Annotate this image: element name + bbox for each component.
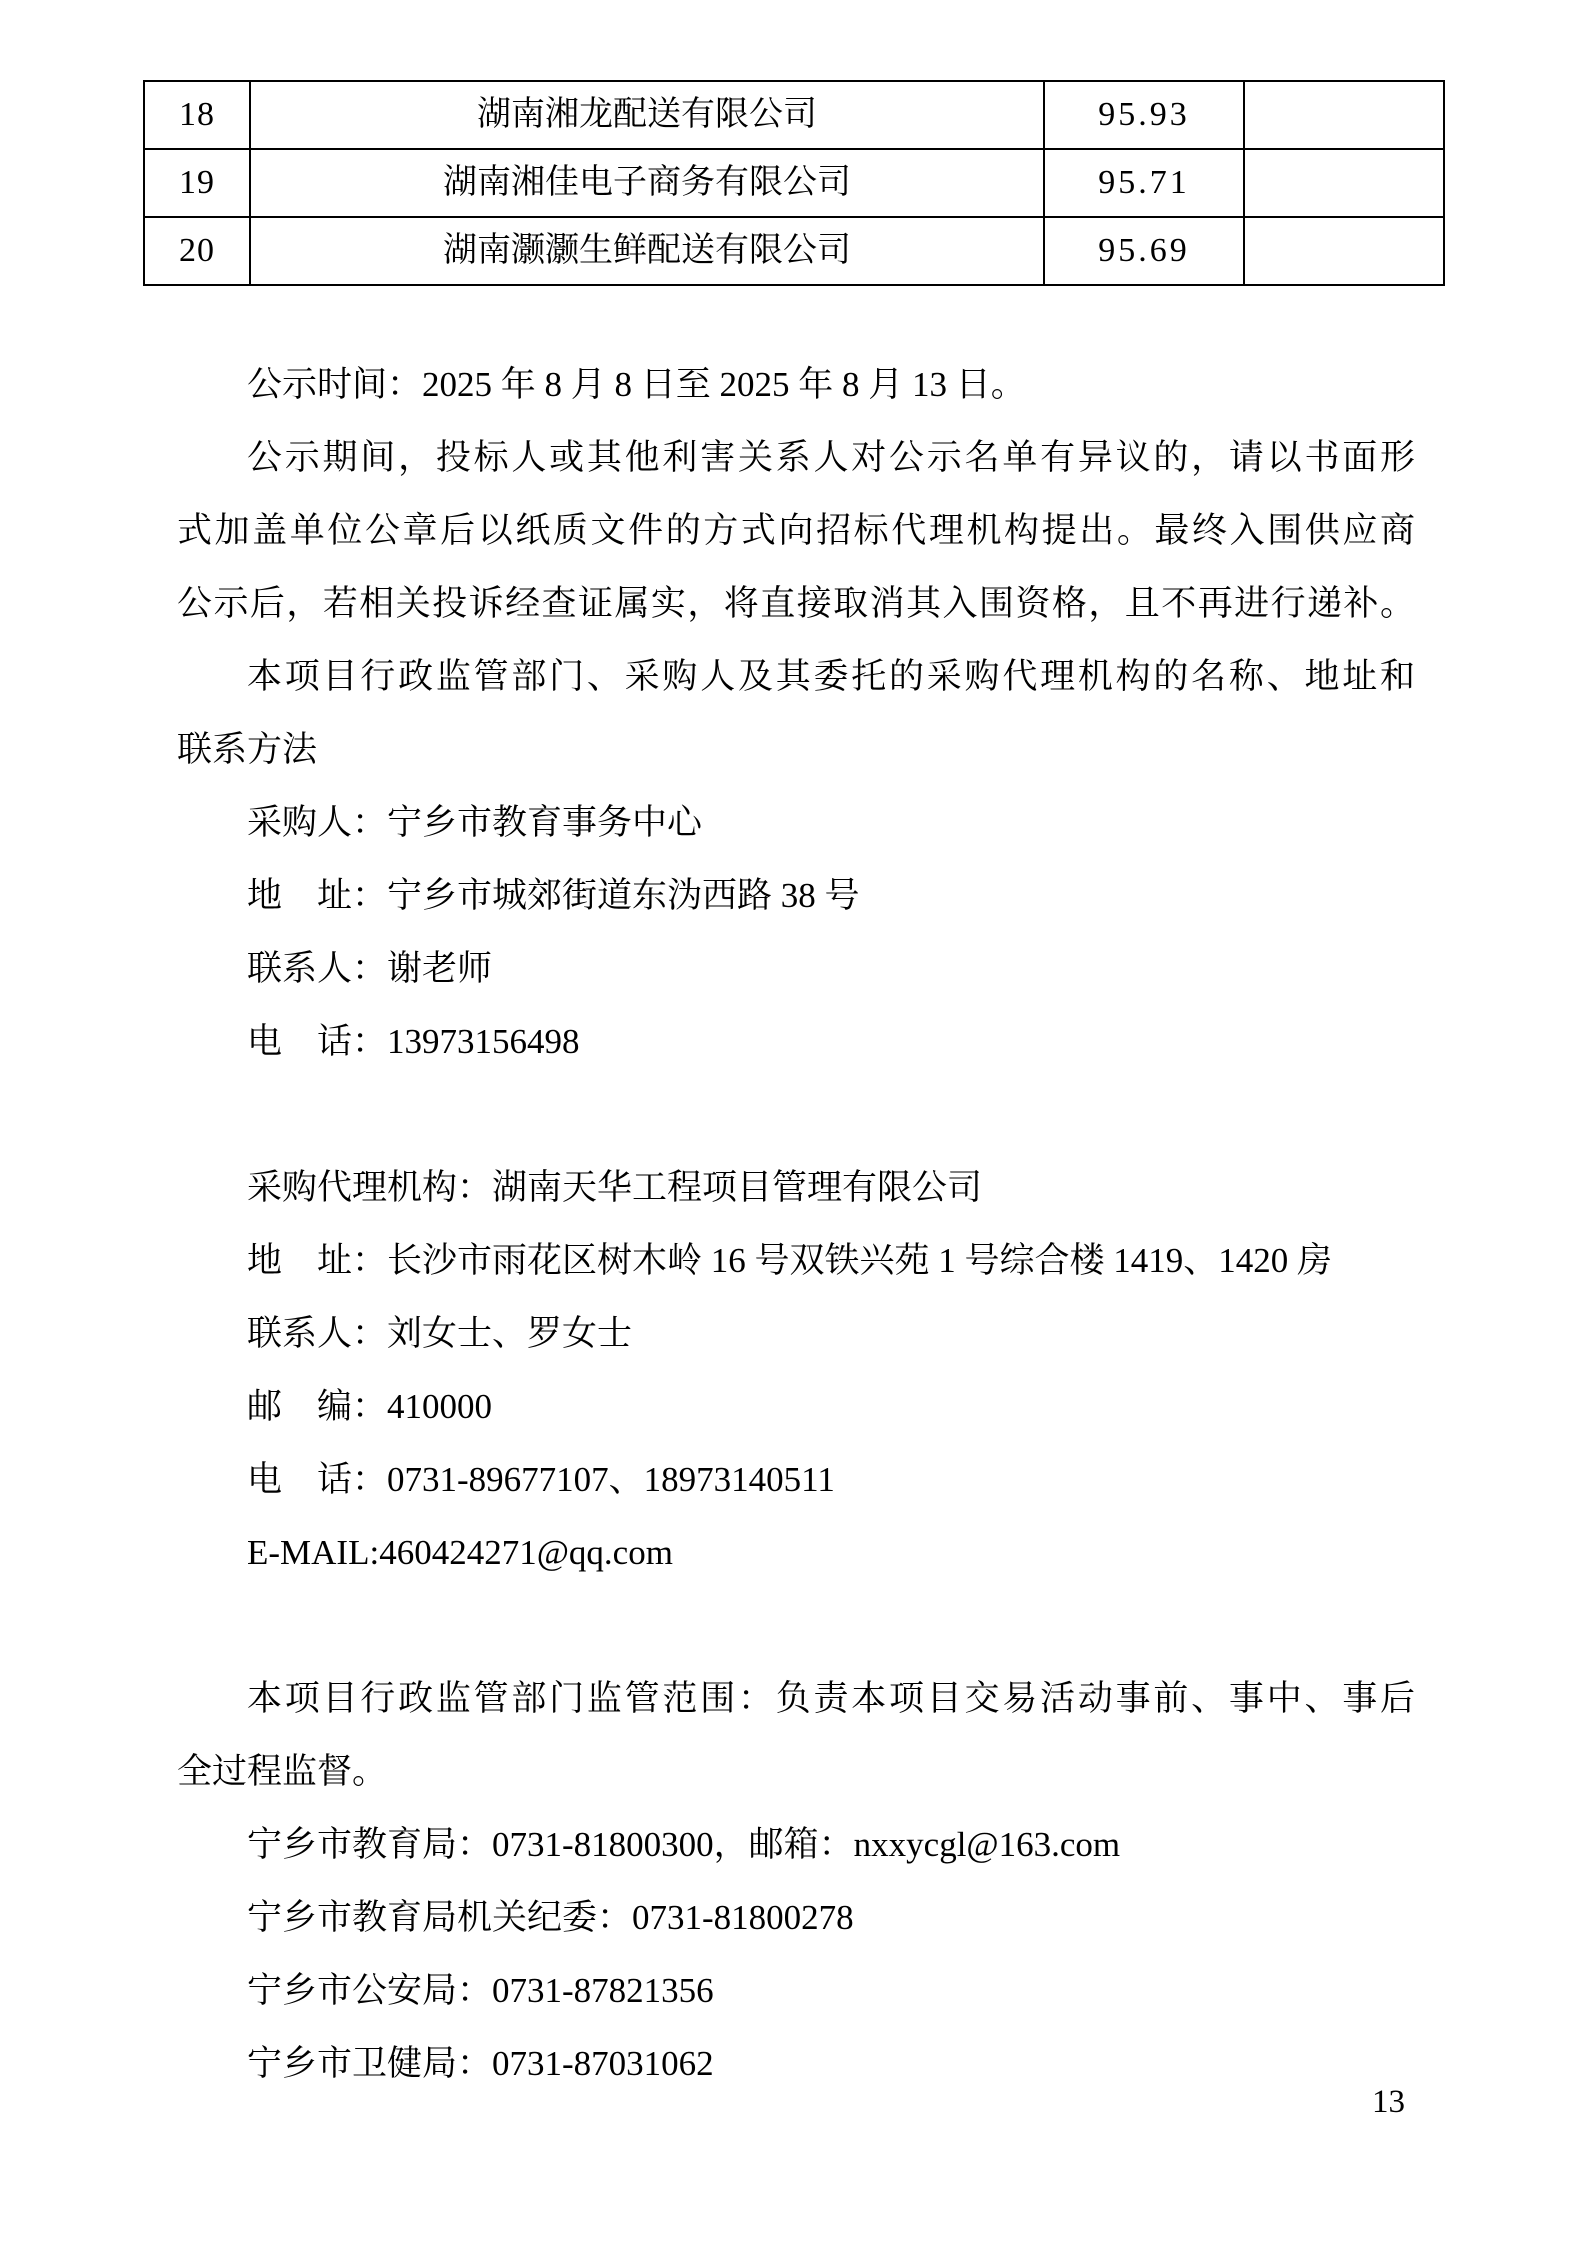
blank-line <box>177 1078 1415 1151</box>
rank-cell: 20 <box>144 217 250 285</box>
line-purchaser-address: 地 址：宁乡市城郊街道东沩西路 38 号 <box>177 859 1415 932</box>
line-agency-phone: 电 话：0731-89677107、18973140511 <box>177 1443 1415 1516</box>
line-education-bureau-discipline: 宁乡市教育局机关纪委：0731-81800278 <box>177 1881 1415 1954</box>
empty-note-cell <box>1244 81 1444 149</box>
line-org-intro-1: 本项目行政监管部门、采购人及其委托的采购代理机构的名称、地址和 <box>177 640 1415 713</box>
line-health-bureau: 宁乡市卫健局：0731-87031062 <box>177 2027 1415 2100</box>
line-objection-paragraph-1: 公示期间，投标人或其他利害关系人对公示名单有异议的，请以书面形 <box>177 421 1415 494</box>
score-cell: 95.93 <box>1044 81 1244 149</box>
line-agency-email: E-MAIL:460424271@qq.com <box>177 1516 1415 1589</box>
table-row: 20 湖南灏灏生鲜配送有限公司 95.69 <box>144 217 1444 285</box>
blank-line <box>177 1589 1415 1662</box>
page-number: 13 <box>1372 2080 1405 2124</box>
rank-cell: 18 <box>144 81 250 149</box>
line-agency-name: 采购代理机构：湖南天华工程项目管理有限公司 <box>177 1151 1415 1224</box>
line-agency-address: 地 址：长沙市雨花区树木岭 16 号双铁兴苑 1 号综合楼 1419、1420 … <box>177 1224 1415 1297</box>
document-body: 公示时间：2025 年 8 月 8 日至 2025 年 8 月 13 日。 公示… <box>177 348 1415 2100</box>
company-name-cell: 湖南湘龙配送有限公司 <box>250 81 1044 149</box>
line-purchaser-phone: 电 话：13973156498 <box>177 1005 1415 1078</box>
empty-note-cell <box>1244 217 1444 285</box>
line-purchaser-contact: 联系人：谢老师 <box>177 932 1415 1005</box>
line-publicity-time: 公示时间：2025 年 8 月 8 日至 2025 年 8 月 13 日。 <box>177 348 1415 421</box>
line-agency-contact: 联系人：刘女士、罗女士 <box>177 1297 1415 1370</box>
line-agency-zipcode: 邮 编：410000 <box>177 1370 1415 1443</box>
line-objection-paragraph-2: 式加盖单位公章后以纸质文件的方式向招标代理机构提出。最终入围供应商 <box>177 494 1415 567</box>
table-row: 19 湖南湘佳电子商务有限公司 95.71 <box>144 149 1444 217</box>
line-objection-paragraph-3: 公示后，若相关投诉经查证属实，将直接取消其入围资格，且不再进行递补。 <box>177 567 1415 640</box>
rank-cell: 19 <box>144 149 250 217</box>
company-name-cell: 湖南湘佳电子商务有限公司 <box>250 149 1044 217</box>
line-education-bureau: 宁乡市教育局：0731-81800300，邮箱：nxxycgl@163.com <box>177 1808 1415 1881</box>
score-cell: 95.71 <box>1044 149 1244 217</box>
table-row: 18 湖南湘龙配送有限公司 95.93 <box>144 81 1444 149</box>
company-name-cell: 湖南灏灏生鲜配送有限公司 <box>250 217 1044 285</box>
line-supervision-scope-1: 本项目行政监管部门监管范围：负责本项目交易活动事前、事中、事后 <box>177 1662 1415 1735</box>
line-org-intro-2: 联系方法 <box>177 713 1415 786</box>
supplier-score-table: 18 湖南湘龙配送有限公司 95.93 19 湖南湘佳电子商务有限公司 95.7… <box>143 80 1445 286</box>
line-purchaser-name: 采购人：宁乡市教育事务中心 <box>177 786 1415 859</box>
empty-note-cell <box>1244 149 1444 217</box>
line-supervision-scope-2: 全过程监督。 <box>177 1735 1415 1808</box>
document-page: 18 湖南湘龙配送有限公司 95.93 19 湖南湘佳电子商务有限公司 95.7… <box>0 0 1587 2245</box>
score-cell: 95.69 <box>1044 217 1244 285</box>
line-public-security-bureau: 宁乡市公安局：0731-87821356 <box>177 1954 1415 2027</box>
